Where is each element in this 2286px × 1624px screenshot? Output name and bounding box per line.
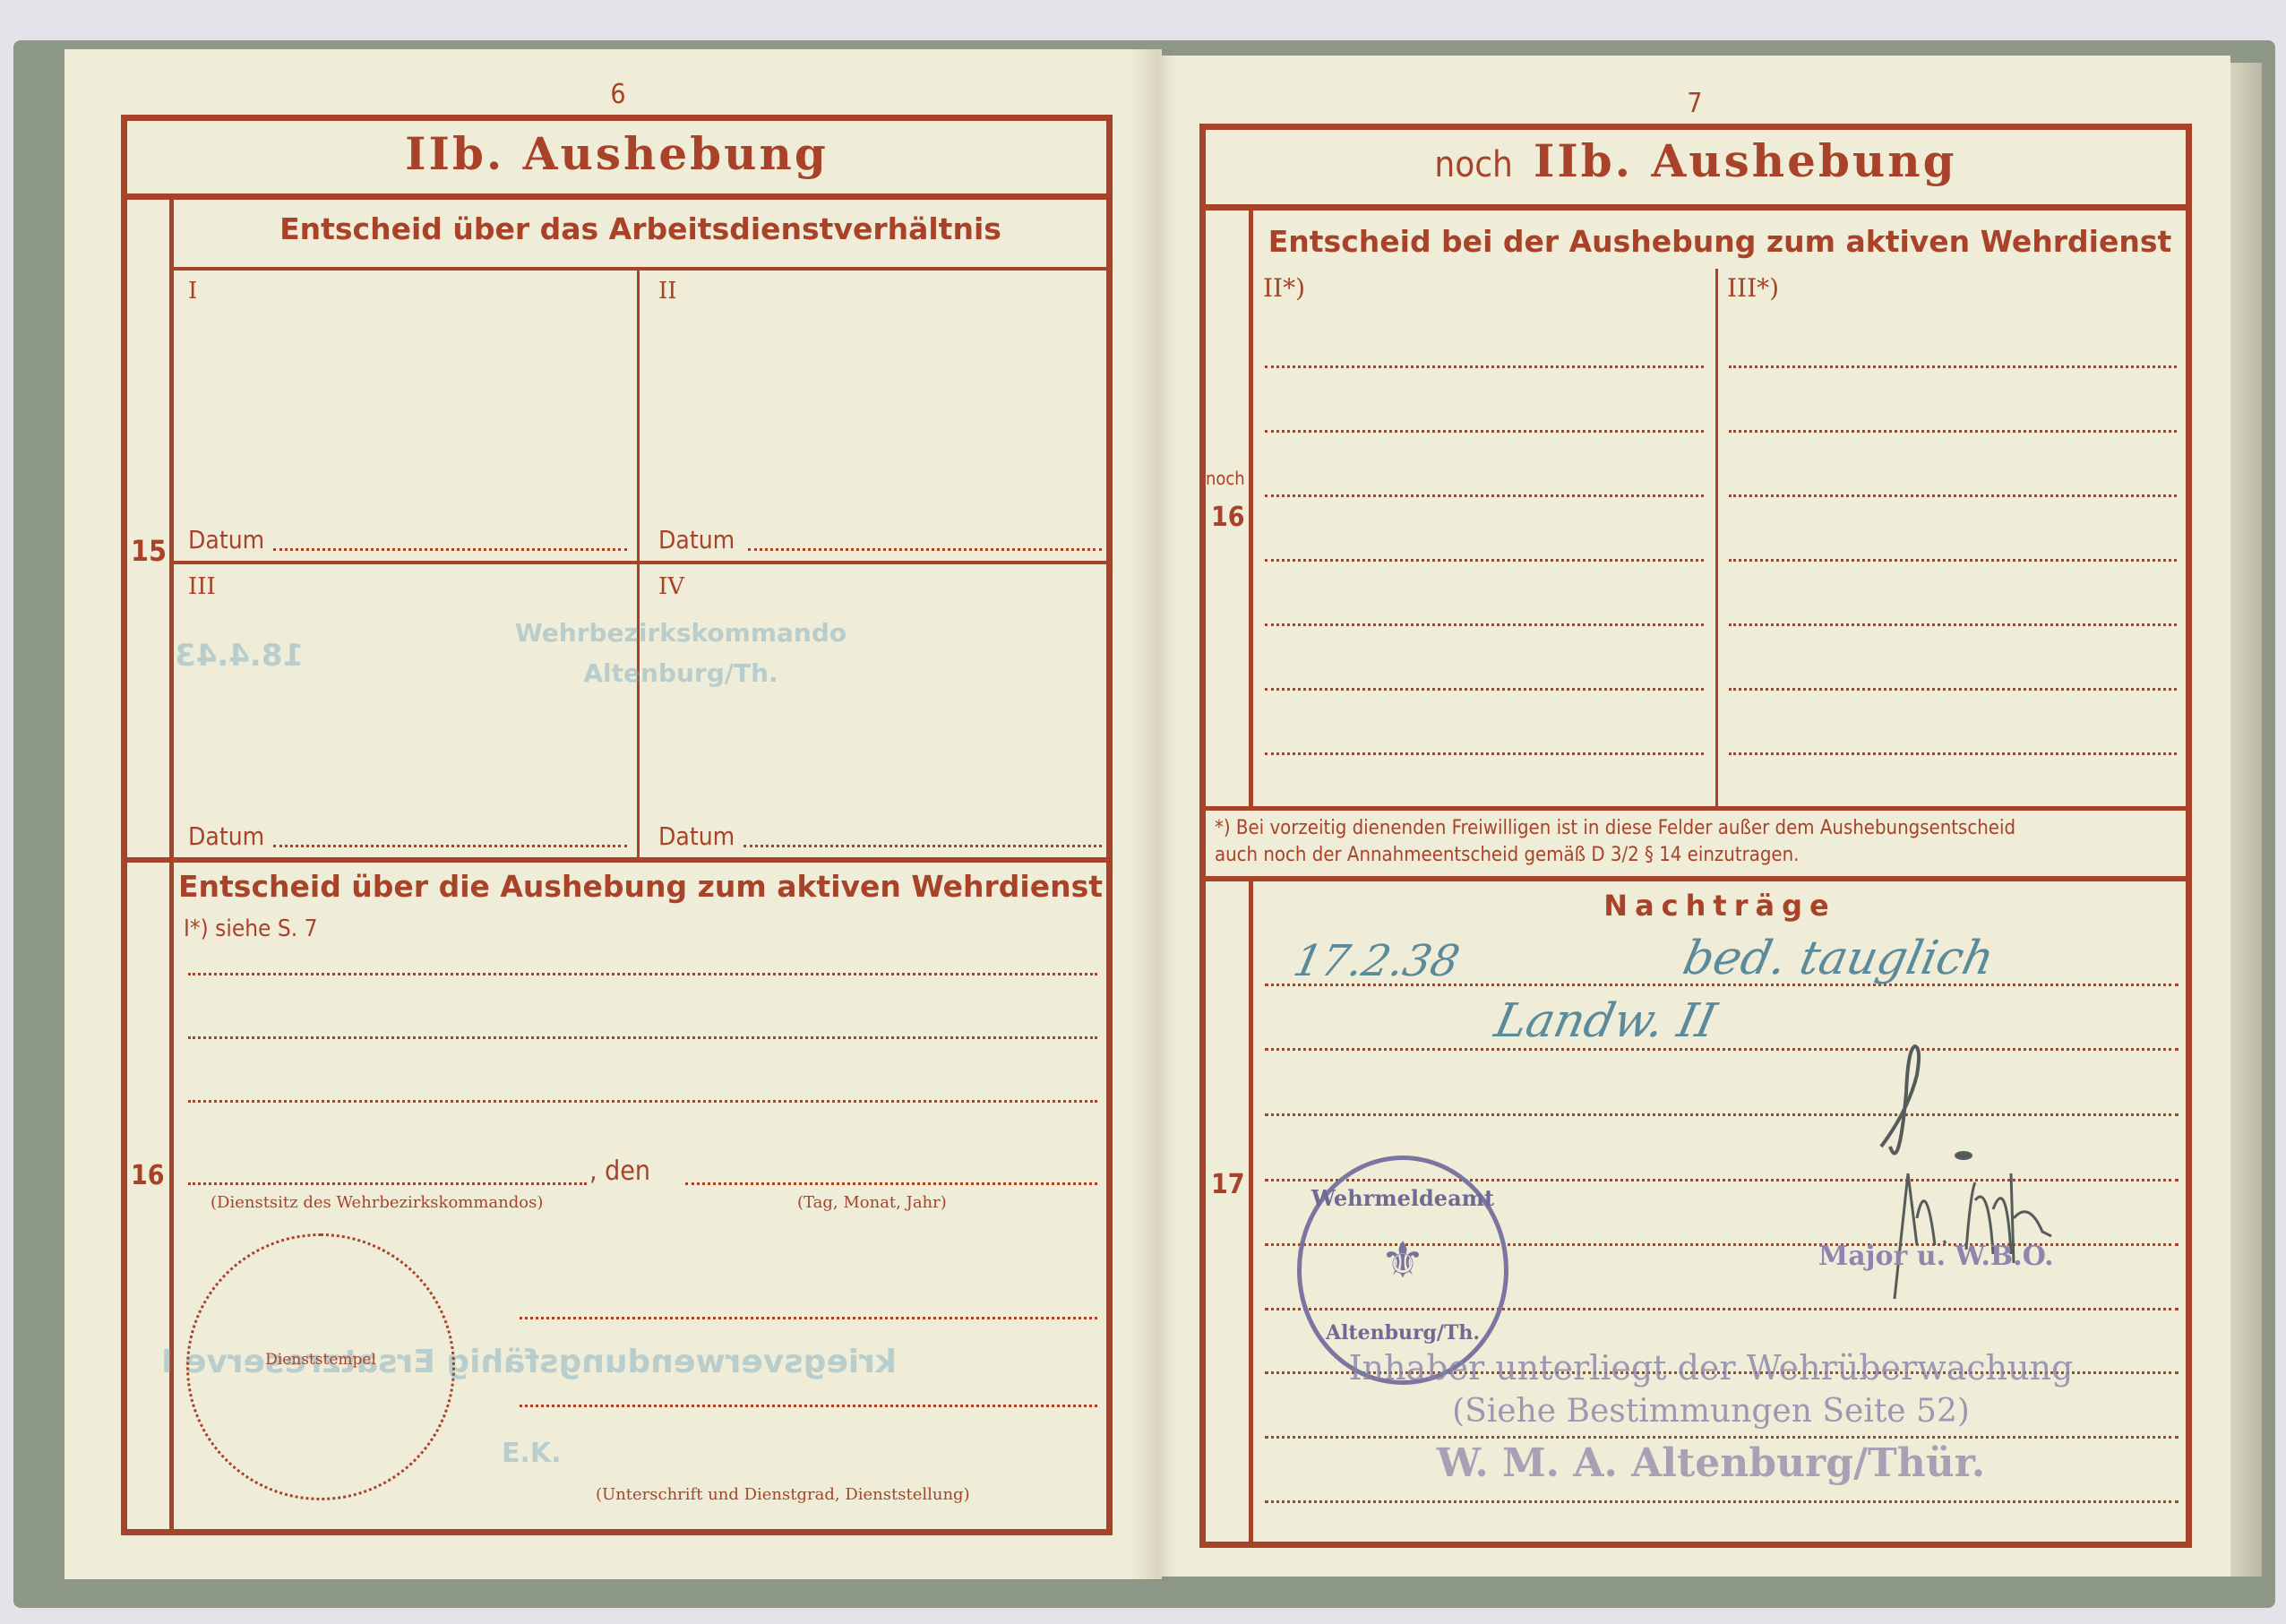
frame-bottom [1199, 1542, 2192, 1548]
col-III-line-6[interactable] [1729, 688, 2177, 691]
header-divider [121, 193, 1113, 200]
handwritten-date: 17.2.38 [1289, 936, 1464, 986]
entry-line-1[interactable] [188, 973, 1097, 975]
den-label: , den [589, 1156, 650, 1187]
number-column-line [1249, 208, 1253, 810]
frame-top [1199, 124, 2192, 130]
stamp-line-2: (Siehe Bestimmungen Seite 52) [1308, 1393, 2114, 1430]
quadrant-II-label: II [658, 278, 677, 305]
entry-I-label: I*) siehe S. 7 [184, 915, 317, 942]
datum-field-IV[interactable] [743, 845, 1102, 847]
section-16-title: Entscheid bei der Aushebung zum aktiven … [1251, 224, 2188, 259]
footnote-top-line [1199, 806, 2192, 811]
nachtrag-line-9[interactable] [1265, 1500, 2179, 1503]
quadrant-horizontal [172, 561, 1109, 564]
datum-label-IV: Datum [658, 821, 735, 851]
col-II-line-2[interactable] [1265, 430, 1704, 433]
quadrant-IV-label: IV [658, 573, 684, 600]
frame-right [1106, 115, 1113, 1535]
quadrant-vertical [637, 269, 640, 860]
signature-line-1[interactable] [520, 1317, 1097, 1319]
number-column-line-17 [1249, 879, 1253, 1545]
row-number-17: 17 [1211, 1169, 1245, 1200]
place-field[interactable] [188, 1182, 587, 1185]
footnote-line-2: auch noch der Annahmeentscheid gemäß D 3… [1215, 844, 1799, 866]
place-caption: (Dienstsitz des Wehrbezirkskommandos) [211, 1193, 543, 1212]
row-number-16: 16 [131, 1160, 165, 1191]
frame-left [121, 115, 127, 1535]
subtitle-divider [172, 267, 1109, 271]
col-II-line-5[interactable] [1265, 623, 1704, 626]
col-III-line-2[interactable] [1729, 430, 2177, 433]
stamp-line-1: Inhaber unterliegt der Wehrüberwachung [1308, 1348, 2114, 1388]
frame-bottom [121, 1529, 1113, 1535]
frame-right [2186, 124, 2192, 1548]
col-II-line-3[interactable] [1265, 494, 1704, 497]
datum-field-II[interactable] [748, 548, 1102, 551]
datum-field-I[interactable] [273, 548, 627, 551]
column-divider [1715, 269, 1718, 809]
column-II-label: II*) [1263, 273, 1305, 303]
handwritten-text-1: bed. tauglich [1679, 932, 1999, 985]
date-caption: (Tag, Monat, Jahr) [797, 1193, 947, 1212]
col-II-line-4[interactable] [1265, 559, 1704, 562]
book-spine-shadow [1130, 49, 1175, 1581]
ghost-initials: E.K. [502, 1438, 562, 1469]
section-divider [121, 857, 1113, 863]
frame-top [121, 115, 1113, 121]
signature-caption: (Unterschrift und Dienstgrad, Dienststel… [596, 1485, 970, 1504]
page-number: 7 [1668, 88, 1722, 119]
quadrant-I-label: I [188, 278, 197, 305]
entry-line-3[interactable] [188, 1100, 1097, 1103]
header: noch IIb. Aushebung [1206, 134, 2186, 187]
col-III-line-7[interactable] [1729, 752, 2177, 755]
header-title: IIb. Aushebung [127, 127, 1106, 180]
header-prefix: noch [1434, 144, 1512, 185]
date-field[interactable] [685, 1182, 1097, 1185]
nachtraege-title: Nachträge [1251, 889, 2188, 923]
datum-label-I: Datum [188, 525, 264, 554]
rank-stamp: Major u. W.B.O. [1818, 1241, 2054, 1272]
col-III-line-3[interactable] [1729, 494, 2177, 497]
datum-label-II: Datum [658, 525, 735, 554]
nachtrag-line-8[interactable] [1265, 1436, 2179, 1439]
entry-line-2[interactable] [188, 1036, 1097, 1039]
ghost-number: 18.4.43 [175, 638, 304, 674]
right-page-edges [2230, 63, 2262, 1577]
datum-field-III[interactable] [273, 845, 627, 847]
stamp-bottom-text: Altenburg/Th. [1302, 1321, 1504, 1345]
col-III-line-1[interactable] [1729, 365, 2177, 368]
page-number: 6 [591, 79, 645, 110]
number-column-line [169, 193, 174, 1532]
col-III-line-5[interactable] [1729, 623, 2177, 626]
col-II-line-1[interactable] [1265, 365, 1704, 368]
row-number-16: 16 [1211, 502, 1245, 533]
col-III-line-4[interactable] [1729, 559, 2177, 562]
stamp-placeholder-label: Dienststempel [186, 1351, 455, 1369]
row-prefix-noch: noch [1206, 468, 1245, 489]
col-II-line-6[interactable] [1265, 688, 1704, 691]
quadrant-III-label: III [188, 573, 216, 600]
footnote-line-1: *) Bei vorzeitig dienenden Freiwilligen … [1215, 817, 2015, 839]
column-III-label: III*) [1727, 273, 1779, 303]
stamp-top-text: Wehrmeldeamt [1302, 1185, 1504, 1211]
ghost-stamp-text: Wehrbezirkskommando [484, 618, 878, 648]
frame-left [1199, 124, 1206, 1548]
datum-label-III: Datum [188, 821, 264, 851]
row-number-15: 15 [131, 534, 167, 568]
header-divider [1199, 204, 2192, 211]
signature-line-2[interactable] [520, 1405, 1097, 1407]
section-15-title: Entscheid über das Arbeitsdienstverhältn… [172, 211, 1109, 246]
ghost-stamp-text-2: Altenburg/Th. [502, 658, 860, 688]
section-16-title: Entscheid über die Aushebung zum aktiven… [172, 869, 1109, 904]
col-II-line-7[interactable] [1265, 752, 1704, 755]
handwritten-text-2: Landw. II [1491, 994, 1722, 1048]
eagle-emblem-icon: ⚜ [1302, 1232, 1504, 1290]
footnote-bottom-line [1199, 876, 2192, 881]
header-title: IIb. Aushebung [1534, 134, 1957, 187]
stamp-line-3: W. M. A. Altenburg/Thür. [1308, 1440, 2114, 1486]
